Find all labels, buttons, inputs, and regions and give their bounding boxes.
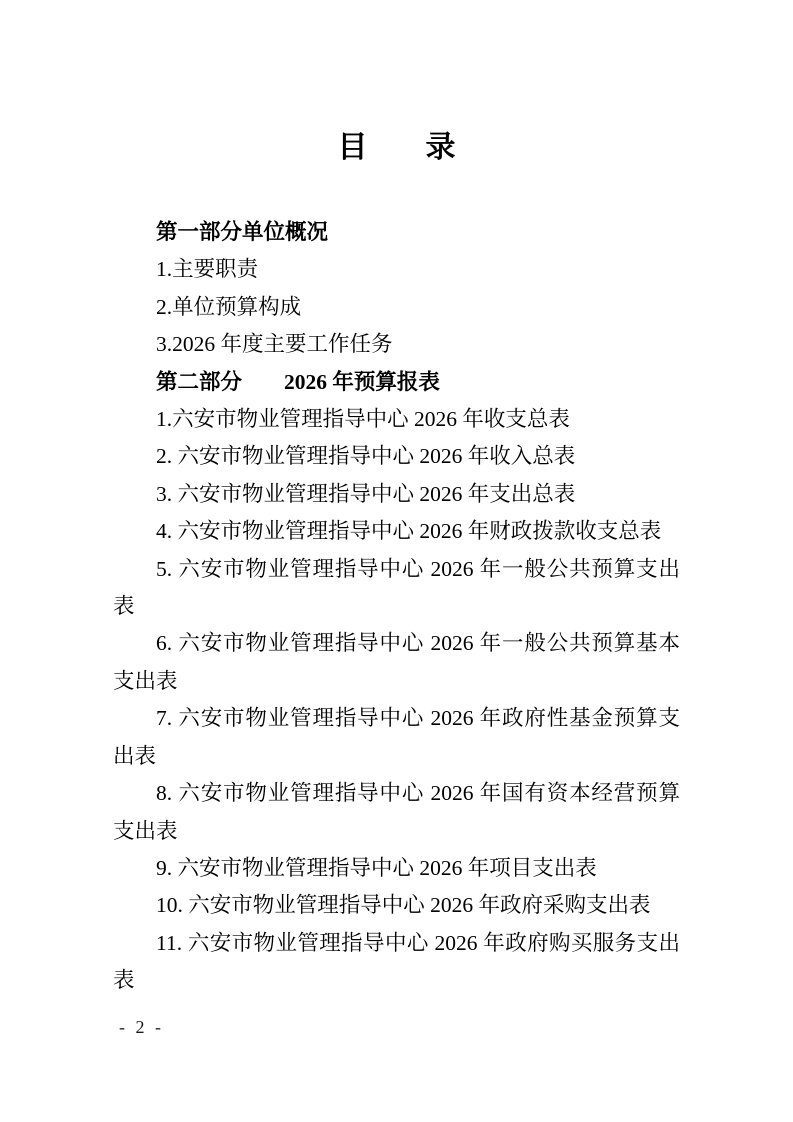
table-of-contents: 第一部分单位概况 1.主要职责 2.单位预算构成 3.2026 年度主要工作任务…	[113, 214, 680, 1000]
toc-item: 10. 六安市物业管理指导中心 2026 年政府采购支出表	[113, 887, 680, 924]
toc-item: 2. 六安市物业管理指导中心 2026 年收入总表	[113, 438, 680, 475]
toc-item: 3. 六安市物业管理指导中心 2026 年支出总表	[113, 476, 680, 513]
toc-item: 7. 六安市物业管理指导中心 2026 年政府性基金预算支出表	[113, 700, 680, 775]
page-title-char-1: 目	[338, 130, 368, 166]
toc-item: 1.六安市物业管理指导中心 2026 年收支总表	[113, 401, 680, 438]
toc-item: 3.2026 年度主要工作任务	[113, 326, 680, 363]
page-number: - 2 -	[119, 1017, 164, 1038]
section-heading-part1: 第一部分单位概况	[113, 214, 680, 251]
toc-item: 1.主要职责	[113, 251, 680, 288]
toc-item: 9. 六安市物业管理指导中心 2026 年项目支出表	[113, 850, 680, 887]
toc-item: 2.单位预算构成	[113, 289, 680, 326]
toc-item: 8. 六安市物业管理指导中心 2026 年国有资本经营预算支出表	[113, 775, 680, 850]
document-page: 目录 第一部分单位概况 1.主要职责 2.单位预算构成 3.2026 年度主要工…	[0, 0, 793, 1122]
section-heading-part2-subtitle: 2026 年预算报表	[284, 370, 440, 394]
toc-item: 5. 六安市物业管理指导中心 2026 年一般公共预算支出表	[113, 551, 680, 626]
section-heading-part2-label: 第二部分	[156, 370, 242, 394]
page-title: 目录	[113, 130, 680, 166]
toc-item: 4. 六安市物业管理指导中心 2026 年财政拨款收支总表	[113, 513, 680, 550]
toc-item: 6. 六安市物业管理指导中心 2026 年一般公共预算基本支出表	[113, 625, 680, 700]
section-heading-part2: 第二部分2026 年预算报表	[113, 364, 680, 401]
toc-item: 11. 六安市物业管理指导中心 2026 年政府购买服务支出表	[113, 925, 680, 1000]
page-title-char-2: 录	[426, 130, 456, 166]
